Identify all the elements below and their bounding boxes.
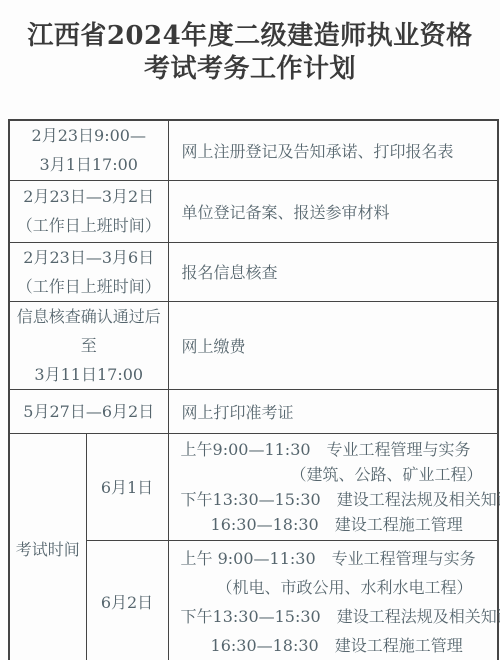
table-row: 2月23日—3月2日 （工作日上班时间） 单位登记备案、报送参审材料 bbox=[9, 180, 498, 242]
exam-label: 考试时间 bbox=[16, 540, 80, 559]
time-line: 信息核查确认通过后 bbox=[10, 302, 168, 331]
exam-date-cell: 6月2日 bbox=[86, 540, 168, 660]
schedule-line: 下午13:30—15:30 建设工程法规及相关知识 bbox=[169, 487, 498, 512]
time-line: 2月23日—3月6日 bbox=[10, 243, 168, 272]
exam-schedule-cell: 上午9:00—11:30 专业工程管理与实务 （建筑、公路、矿业工程） 下午13… bbox=[168, 433, 498, 540]
task-label: 报名信息核查 bbox=[182, 263, 278, 282]
schedule-line: 下午13:30—15:30 建设工程法规及相关知识 bbox=[169, 602, 498, 631]
time-line: （工作日上班时间） bbox=[10, 211, 168, 240]
time-cell: 2月23日9:00— 3月1日17:00 bbox=[9, 120, 168, 180]
time-line: 2月23日9:00— bbox=[10, 121, 168, 150]
schedule-table: 2月23日9:00— 3月1日17:00 网上注册登记及告知承诺、打印报名表 2… bbox=[8, 119, 499, 660]
schedule-line: 上午 9:00—11:30 专业工程管理与实务 bbox=[169, 544, 498, 573]
time-line: （工作日上班时间） bbox=[10, 272, 168, 301]
schedule-line: （建筑、公路、矿业工程） bbox=[169, 462, 498, 487]
table-row: 信息核查确认通过后 至 3月11日17:00 网上缴费 bbox=[9, 301, 498, 389]
title-line-1: 江西省2024年度二级建造师执业资格 bbox=[0, 20, 500, 53]
schedule-line: 16:30—18:30 建设工程施工管理 bbox=[169, 631, 498, 660]
task-cell: 单位登记备案、报送参审材料 bbox=[168, 180, 498, 242]
time-cell: 2月23日—3月2日 （工作日上班时间） bbox=[9, 180, 168, 242]
task-label: 单位登记备案、报送参审材料 bbox=[182, 203, 390, 222]
time-line: 2月23日—3月2日 bbox=[10, 182, 168, 211]
task-label: 网上缴费 bbox=[182, 337, 246, 356]
schedule-line: 上午9:00—11:30 专业工程管理与实务 bbox=[169, 437, 498, 462]
table-row: 考试时间 6月1日 上午9:00—11:30 专业工程管理与实务 （建筑、公路、… bbox=[9, 433, 498, 540]
title-line-2: 考试考务工作计划 bbox=[0, 53, 500, 86]
exam-date: 6月2日 bbox=[101, 593, 153, 612]
task-cell: 报名信息核查 bbox=[168, 242, 498, 301]
task-cell: 网上注册登记及告知承诺、打印报名表 bbox=[168, 120, 498, 180]
time-line: 3月1日17:00 bbox=[10, 150, 168, 179]
time-line: 5月27日—6月2日 bbox=[10, 397, 168, 426]
task-cell: 网上打印准考证 bbox=[168, 389, 498, 433]
time-line: 3月11日17:00 bbox=[10, 360, 168, 389]
time-cell: 信息核查确认通过后 至 3月11日17:00 bbox=[9, 301, 168, 389]
task-label: 网上打印准考证 bbox=[182, 403, 294, 422]
page-title: 江西省2024年度二级建造师执业资格 考试考务工作计划 bbox=[0, 20, 500, 86]
time-cell: 5月27日—6月2日 bbox=[9, 389, 168, 433]
task-label: 网上注册登记及告知承诺、打印报名表 bbox=[182, 142, 454, 161]
exam-date: 6月1日 bbox=[101, 478, 153, 497]
time-line: 至 bbox=[10, 331, 168, 360]
table-row: 2月23日—3月6日 （工作日上班时间） 报名信息核查 bbox=[9, 242, 498, 301]
table-row: 5月27日—6月2日 网上打印准考证 bbox=[9, 389, 498, 433]
exam-date-cell: 6月1日 bbox=[86, 433, 168, 540]
task-cell: 网上缴费 bbox=[168, 301, 498, 389]
time-cell: 2月23日—3月6日 （工作日上班时间） bbox=[9, 242, 168, 301]
schedule-line: 16:30—18:30 建设工程施工管理 bbox=[169, 512, 498, 537]
schedule-line: （机电、市政公用、水利水电工程） bbox=[169, 573, 498, 602]
page-container: 江西省2024年度二级建造师执业资格 考试考务工作计划 2月23日9:00— 3… bbox=[0, 0, 500, 660]
table-row: 2月23日9:00— 3月1日17:00 网上注册登记及告知承诺、打印报名表 bbox=[9, 120, 498, 180]
exam-label-cell: 考试时间 bbox=[9, 433, 86, 660]
exam-schedule-cell: 上午 9:00—11:30 专业工程管理与实务 （机电、市政公用、水利水电工程）… bbox=[168, 540, 498, 660]
